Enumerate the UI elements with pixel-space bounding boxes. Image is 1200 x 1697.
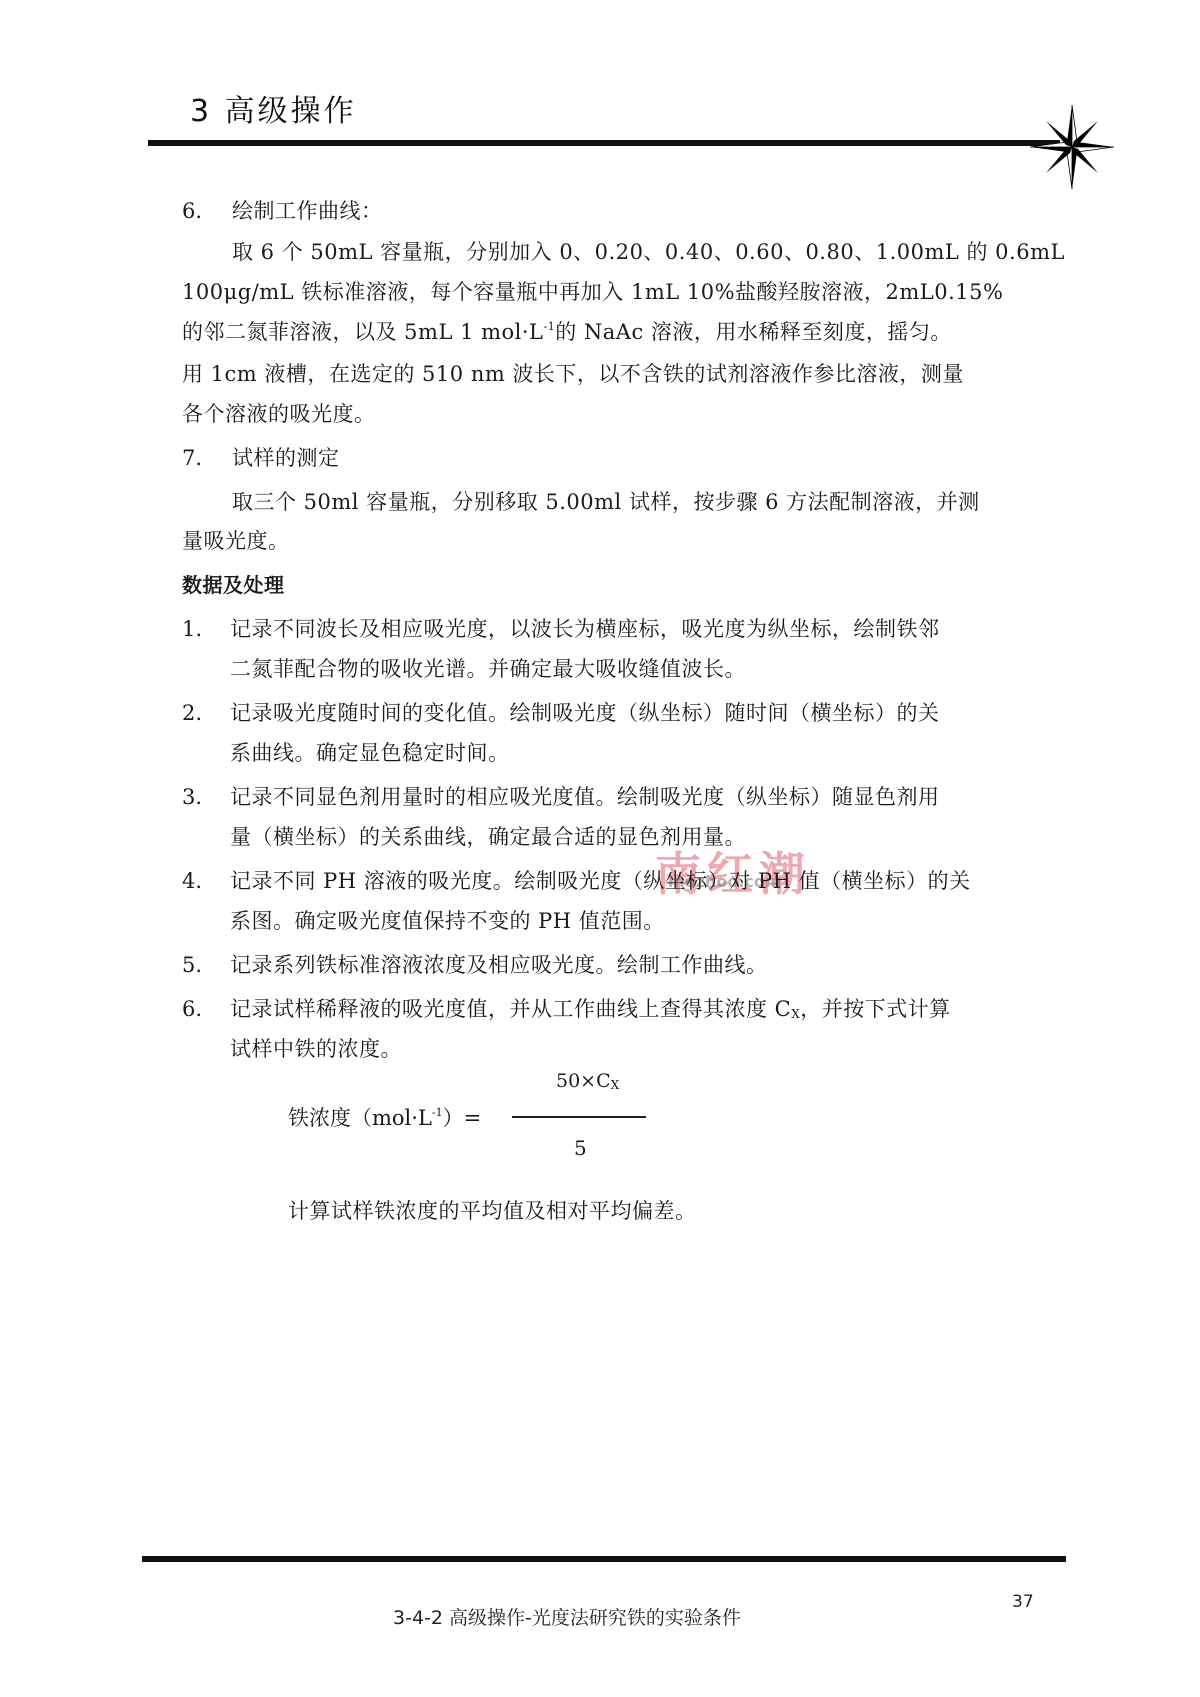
paragraph-line: 取 6 个 50mL 容量瓶，分别加入 0、0.20、0.40、0.60、0.8… [232,237,1065,267]
footer-section-title: 3-4-2 高级操作-光度法研究铁的实验条件 [393,1603,741,1630]
subscript: X [611,1078,620,1092]
step-title: 绘制工作曲线： [232,196,383,226]
paragraph-line: 100μg/mL 铁标准溶液，每个容量瓶中再加入 1mL 10%盐酸羟胺溶液，2… [182,277,1003,307]
step-number: 6. [182,196,202,226]
list-number: 5. [182,950,202,980]
list-item-line: 记录不同波长及相应吸光度，以波长为横座标，吸光度为纵坐标，绘制铁邻 [230,614,940,644]
list-item-line: 系曲线。确定显色稳定时间。 [230,738,510,768]
paragraph-line: 量吸光度。 [182,526,290,556]
fraction-bar [512,1116,646,1118]
list-number: 3. [182,782,202,812]
list-number: 4. [182,866,202,896]
paragraph-line: 取三个 50ml 容量瓶，分别移取 5.00ml 试样，按步骤 6 方法配制溶液… [232,487,980,517]
text-span: 铁浓度（mol·L [288,1106,432,1130]
formula-denominator: 5 [574,1136,587,1160]
list-number: 1. [182,614,202,644]
list-item-line: 试样中铁的浓度。 [230,1034,402,1064]
list-item-line: 记录系列铁标准溶液浓度及相应吸光度。绘制工作曲线。 [230,950,768,980]
compass-star-icon [1030,105,1114,189]
step-number: 7. [182,443,202,473]
step-title: 试样的测定 [232,443,340,473]
superscript: -1 [544,320,556,333]
list-number: 6. [182,994,202,1024]
subscript: X [791,1007,800,1021]
text-span: ）= [443,1106,482,1130]
footer-rule [142,1556,1066,1562]
chapter-title: 3 高级操作 [190,86,357,130]
list-item-line: 系图。确定吸光度值保持不变的 PH 值范围。 [230,906,665,936]
text-span: 的 NaAc 溶液，用水稀释至刻度，摇匀。 [555,320,952,344]
list-item-line: 记录不同显色剂用量时的相应吸光度值。绘制吸光度（纵坐标）随显色剂用 [230,782,940,812]
section-heading: 数据及处理 [182,570,285,600]
formula-numerator: 50×CX [556,1070,619,1092]
header-rule [148,140,1060,146]
list-item-line: 记录不同 PH 溶液的吸光度。绘制吸光度（纵坐标）对 PH 值（横坐标）的关 [230,866,971,896]
formula-label: 铁浓度（mol·L-1）= [288,1102,481,1132]
paragraph-line: 用 1cm 液槽，在选定的 510 nm 波长下，以不含铁的试剂溶液作参比溶液，… [182,359,964,389]
closing-text: 计算试样铁浓度的平均值及相对平均偏差。 [288,1196,697,1226]
paragraph-line: 的邻二氮菲溶液，以及 5mL 1 mol·L-1的 NaAc 溶液，用水稀释至刻… [182,317,952,347]
superscript: -1 [432,1106,443,1119]
text-span: 50×C [556,1070,611,1092]
page-number: 37 [1012,1592,1034,1612]
list-item-line: 记录试样稀释液的吸光度值，并从工作曲线上查得其浓度 CX，并按下式计算 [230,994,951,1024]
list-number: 2. [182,698,202,728]
list-item-line: 记录吸光度随时间的变化值。绘制吸光度（纵坐标）随时间（横坐标）的关 [230,698,940,728]
list-item-line: 二氮菲配合物的吸收光谱。并确定最大吸收缝值波长。 [230,654,746,684]
text-span: 的邻二氮菲溶液，以及 5mL 1 mol·L [182,320,544,344]
paragraph-line: 各个溶液的吸光度。 [182,399,376,429]
text-span: ，并按下式计算 [800,997,951,1021]
text-span: 记录试样稀释液的吸光度值，并从工作曲线上查得其浓度 C [230,997,791,1021]
